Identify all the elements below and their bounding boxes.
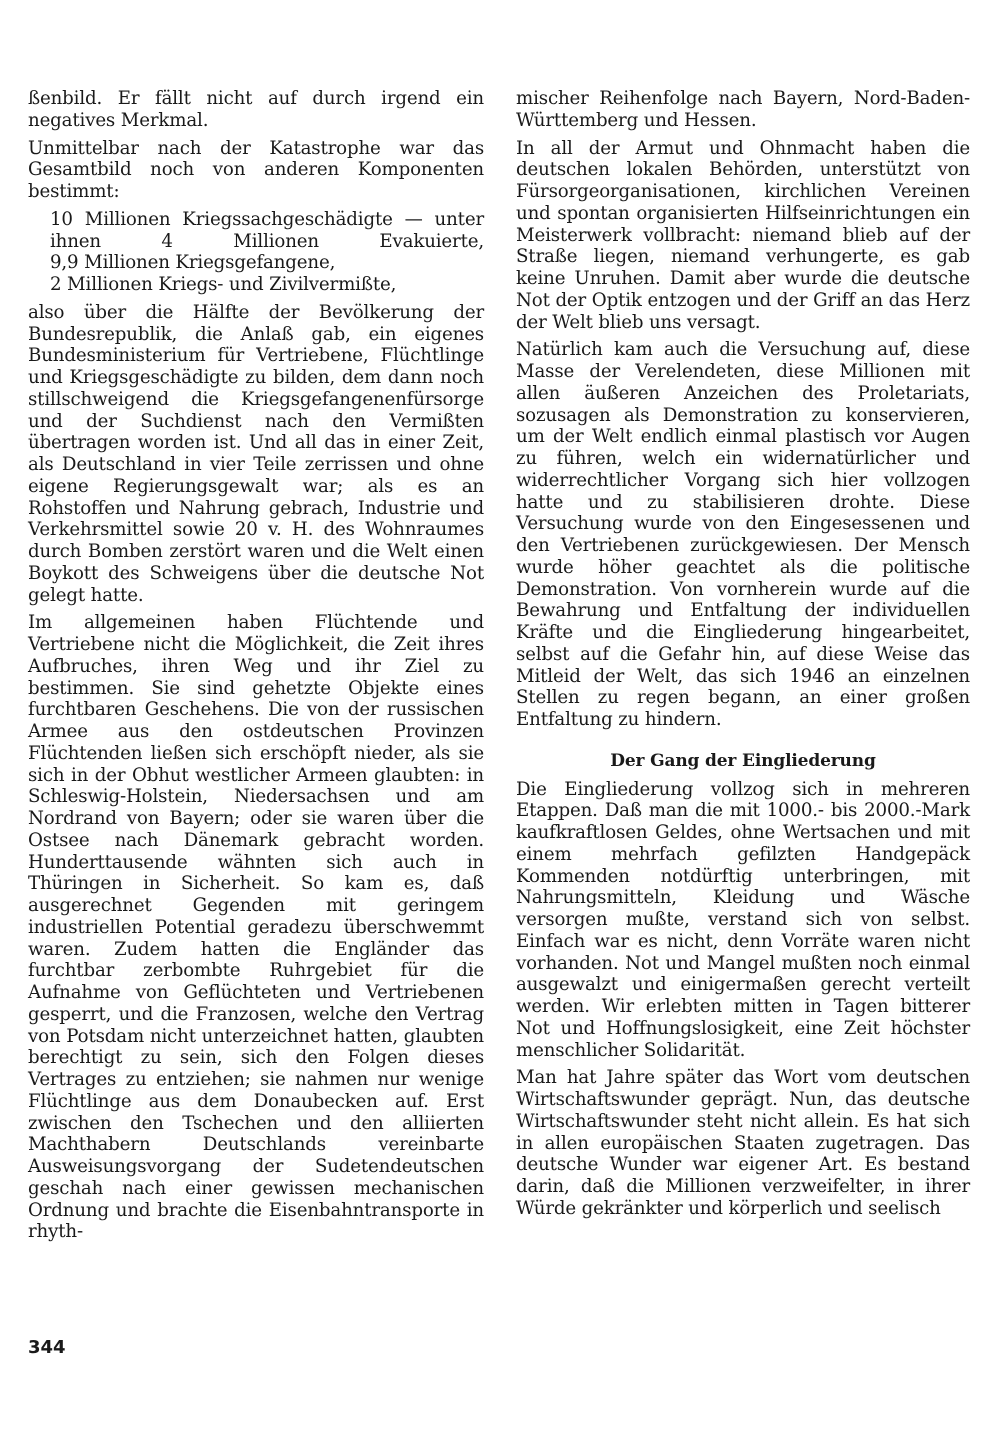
paragraph: In all der Armut und Ohnmacht haben die … <box>516 138 970 334</box>
paragraph: Unmittelbar nach der Katastrophe war das… <box>28 138 484 203</box>
paragraph: ßenbild. Er fällt nicht auf durch irgend… <box>28 88 484 132</box>
statistics-list: 10 Millionen Kriegssachgeschädigte — unt… <box>50 209 484 296</box>
paragraph: also über die Hälfte der Bevölkerung der… <box>28 302 484 607</box>
page-number: 344 <box>28 1337 66 1358</box>
section-heading: Der Gang der Eingliederung <box>516 751 970 773</box>
list-item: 9,9 Millionen Kriegsgefangene, <box>50 252 484 274</box>
right-column: mischer Reihenfolge nach Bayern, Nord-Ba… <box>516 88 970 1226</box>
book-page: ßenbild. Er fällt nicht auf durch irgend… <box>0 0 1000 1432</box>
list-item: 2 Millionen Kriegs- und Zivilvermißte, <box>50 274 484 296</box>
list-item: 10 Millionen Kriegssachgeschädigte — unt… <box>50 209 484 253</box>
paragraph: mischer Reihenfolge nach Bayern, Nord-Ba… <box>516 88 970 132</box>
left-column: ßenbild. Er fällt nicht auf durch irgend… <box>28 88 484 1249</box>
paragraph: Im allgemeinen haben Flüchtende und Vert… <box>28 612 484 1243</box>
paragraph: Man hat Jahre später das Wort vom deutsc… <box>516 1067 970 1219</box>
paragraph: Natürlich kam auch die Versuchung auf, d… <box>516 339 970 731</box>
paragraph: Die Eingliederung vollzog sich in mehrer… <box>516 779 970 1062</box>
